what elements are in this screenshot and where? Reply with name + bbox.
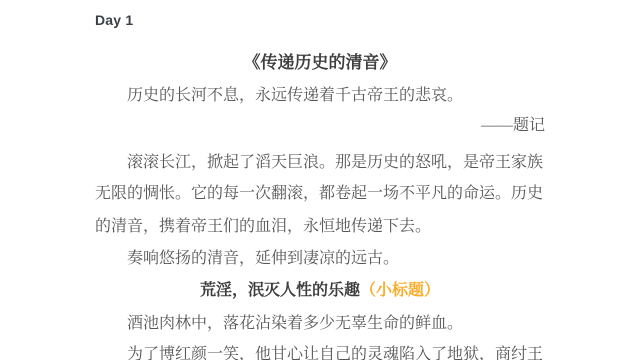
- paragraph-3: 酒池肉林中，落花沾染着多少无辜生命的鲜血。: [95, 315, 545, 332]
- paragraph-1-line-1: 滚滚长江，掀起了滔天巨浪。那是历史的怒吼，是帝王家族: [95, 154, 545, 171]
- paragraph-1-line-3: 的清音，携着帝王们的血泪，永恒地传递下去。: [95, 218, 545, 235]
- section-subtitle-text: 荒淫，泯灭人性的乐趣: [200, 282, 360, 299]
- document-page: Day 1 《传递历史的清音》 历史的长河不息，永远传递着千古帝王的悲哀。 ——…: [0, 0, 640, 360]
- paragraph-4-partial: 为了博红颜一笑，他甘心让自己的灵魂陷入了地狱，商纣王: [95, 346, 545, 360]
- paragraph-1-line-2: 无限的惆怅。它的每一次翻滚，都卷起一场不平凡的命运。历史: [95, 185, 545, 202]
- epigraph-attribution: ——题记: [95, 117, 545, 134]
- section-subtitle-tag: （小标题）: [360, 282, 440, 299]
- day-label: Day 1: [95, 12, 133, 28]
- essay-title: 《传递历史的清音》: [95, 48, 545, 73]
- paragraph-2: 奏响悠扬的清音，延伸到凄凉的远古。: [95, 250, 545, 267]
- epigraph-line: 历史的长河不息，永远传递着千古帝王的悲哀。: [95, 87, 545, 104]
- section-subtitle: 荒淫，泯灭人性的乐趣（小标题）: [95, 282, 545, 299]
